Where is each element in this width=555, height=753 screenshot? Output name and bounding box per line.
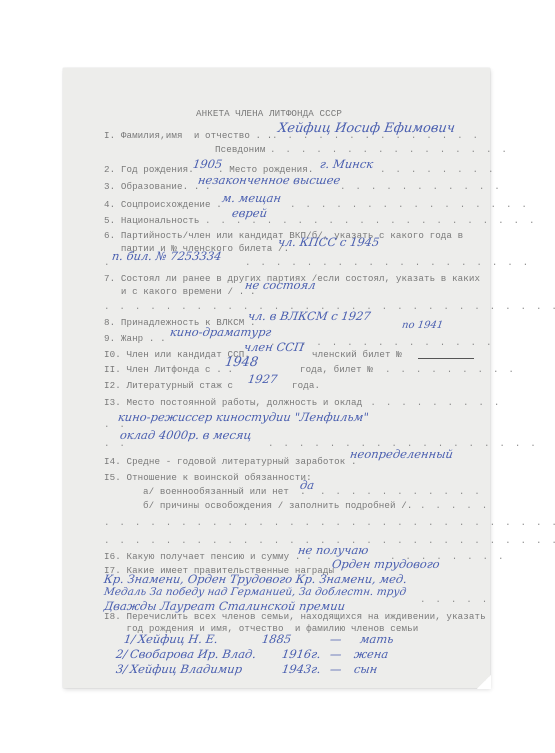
family-relation: сын xyxy=(353,662,378,676)
family-name: Хейфиц Н. Е. xyxy=(137,632,219,646)
q2-dots: . . . . . . . . xyxy=(380,164,496,175)
q14-value: неопределенный xyxy=(349,447,454,461)
pseudonym-label: Псевдоним xyxy=(215,144,266,155)
q12-value: 1927 xyxy=(247,372,278,386)
q11-tail: года, билет № xyxy=(300,364,373,375)
q6-value-2: п. бил. № 7253334 xyxy=(111,249,222,263)
q10-value: член ССП xyxy=(243,340,305,354)
q15a-label: а/ военнообязанный или нет . xyxy=(143,486,306,497)
family-dash: — xyxy=(329,647,342,661)
q4-label: 4. Соцпроисхождение . xyxy=(104,199,222,210)
family-relation: мать xyxy=(359,632,395,646)
family-name: Свобарова Ир. Влад. xyxy=(129,647,257,661)
q1-label: I. Фамилия,имя и отчество . . xyxy=(104,130,272,141)
q15a-dots: . . . . . . . . . . . xyxy=(320,486,482,497)
q13-value-1: кино-режиссер киностудии "Ленфильм" xyxy=(117,410,370,424)
q14-label: I4. Средне - годовой литературный зарабо… xyxy=(104,456,357,467)
q7-label-2: и с какого времени / . . xyxy=(104,286,256,297)
q10-tail: членский билет № xyxy=(312,349,402,360)
pseudonym-dots: . . . . . . . . . . . . . . . . xyxy=(270,144,509,155)
q6-dots-2: . . . . . . . . . . . . . . . . . . . xyxy=(245,257,530,268)
q17-value-1: Орден трудового xyxy=(331,557,441,571)
q13-value-2: оклад 4000р. в месяц xyxy=(119,428,253,442)
q15-dots-1: . . . . . . . . . . . . . . . . . . . . … xyxy=(104,517,555,528)
q17-value-3: Медаль За победу над Германией, За добле… xyxy=(103,586,407,598)
q17-value-2: Кр. Знамени, Орден Трудового Кр. Знамени… xyxy=(103,572,408,586)
family-name: Хейфиц Владимир xyxy=(129,662,243,676)
family-year: 1885 xyxy=(261,632,292,646)
family-relation: жена xyxy=(353,647,389,661)
q11-value: 1948 xyxy=(224,355,259,370)
q2-label: 2. Год рождения. xyxy=(104,164,194,175)
q15b-label: б/ причины освобождения / заполнить подр… xyxy=(143,500,412,511)
q17-dots: . . . . . xyxy=(420,594,489,605)
q7-value: не состоял xyxy=(244,278,317,292)
family-dash: — xyxy=(329,662,342,676)
q3-dots: . . . . . . . . . . . xyxy=(340,181,502,192)
q15b-dots: . . . . . xyxy=(420,500,489,511)
q18-label-1: I8. Перечислить всех членов семьи, наход… xyxy=(104,611,486,622)
q5-label: 5. Национальность xyxy=(104,215,199,226)
q15-label: I5. Отношение к воинской обязанности: xyxy=(104,472,312,483)
q3-value: незаконченное высшее xyxy=(197,173,341,187)
q4-value: м. мещан xyxy=(221,191,282,205)
q11-label: II. Член Литфонда с . . xyxy=(104,364,233,375)
q6-value-1: чл. КПСС с 1945 xyxy=(277,235,380,249)
q9-label: 9. Жанр . . xyxy=(104,333,166,344)
q12-label: I2. Литературный стаж с xyxy=(104,380,233,391)
q5-value: еврей xyxy=(231,206,268,220)
q11-dots: . . . . . . . . . xyxy=(385,364,516,375)
q1-value: Хейфиц Иосиф Ефимович xyxy=(277,121,456,136)
q8-value: чл. в ВЛКСМ с 1927 xyxy=(247,309,372,323)
q13-label: I3. Место постоянной работы, должность и… xyxy=(104,397,362,408)
q10-blank-line xyxy=(418,358,474,359)
family-index: 1/ xyxy=(123,632,136,646)
family-year: 1916г. xyxy=(281,647,322,661)
family-index: 3/ xyxy=(115,662,128,676)
q8-value-2: по 1941 xyxy=(401,320,444,331)
family-dash: — xyxy=(329,632,342,646)
document-title: АНКЕТА ЧЛЕНА ЛИТФОНДА СССР xyxy=(196,108,342,119)
q3-label: 3. Образование. . . xyxy=(104,181,211,192)
q15a-value: да xyxy=(299,478,315,492)
q16-value: не получаю xyxy=(297,543,369,557)
q16-label: I6. Какую получает пенсию и сумму . . xyxy=(104,551,312,562)
family-index: 2/ xyxy=(115,647,128,661)
family-year: 1943г. xyxy=(281,662,322,676)
q13-dots: . . . . . . . . . . xyxy=(355,397,502,408)
q2b-value: г. Минск xyxy=(319,157,374,171)
q12-tail: года. xyxy=(292,380,320,391)
q9-value: кино-драматург xyxy=(169,325,272,339)
q4-dots: . . . . . . . . . . . . . . . . xyxy=(290,199,529,210)
